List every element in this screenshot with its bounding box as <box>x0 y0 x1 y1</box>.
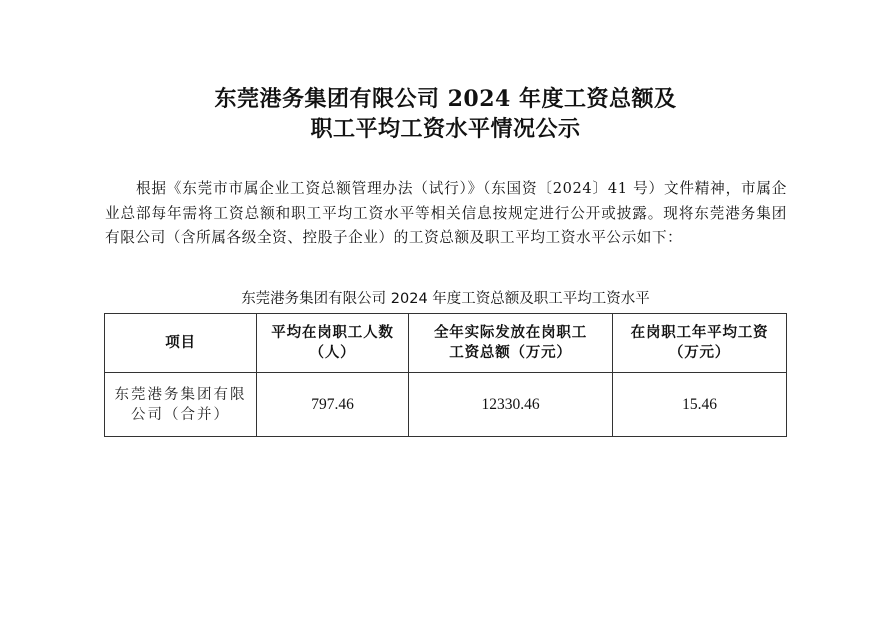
cell-total-wages: 12330.46 <box>409 373 613 437</box>
intro-paragraph: 根据《东莞市市属企业工资总额管理办法（试行）》（东国资〔2024〕41 号）文件… <box>105 177 787 251</box>
document-title: 东莞港务集团有限公司 2024 年度工资总额及 职工平均工资水平情况公示 <box>0 84 891 144</box>
table-row: 东莞港务集团有限 公司（合并） 797.46 12330.46 15.46 <box>105 373 787 437</box>
cell-avg-staff: 797.46 <box>257 373 409 437</box>
title-line-1: 东莞港务集团有限公司 2024 年度工资总额及 <box>0 84 891 114</box>
title-line-2: 职工平均工资水平情况公示 <box>0 114 891 144</box>
table-caption: 东莞港务集团有限公司 2024 年度工资总额及职工平均工资水平 <box>0 289 891 309</box>
cell-avg-wage: 15.46 <box>613 373 787 437</box>
header-avg-staff: 平均在岗职工人数 （人） <box>257 314 409 373</box>
header-avg-wage: 在岗职工年平均工资 （万元） <box>613 314 787 373</box>
header-item: 项目 <box>105 314 257 373</box>
intro-text: 根据《东莞市市属企业工资总额管理办法（试行）》（东国资〔2024〕41 号）文件… <box>105 177 787 251</box>
table-header-row: 项目 平均在岗职工人数 （人） 全年实际发放在岗职工 工资总额（万元） 在岗职工… <box>105 314 787 373</box>
header-total-wages: 全年实际发放在岗职工 工资总额（万元） <box>409 314 613 373</box>
wage-table: 项目 平均在岗职工人数 （人） 全年实际发放在岗职工 工资总额（万元） 在岗职工… <box>104 313 787 437</box>
cell-item: 东莞港务集团有限 公司（合并） <box>105 373 257 437</box>
